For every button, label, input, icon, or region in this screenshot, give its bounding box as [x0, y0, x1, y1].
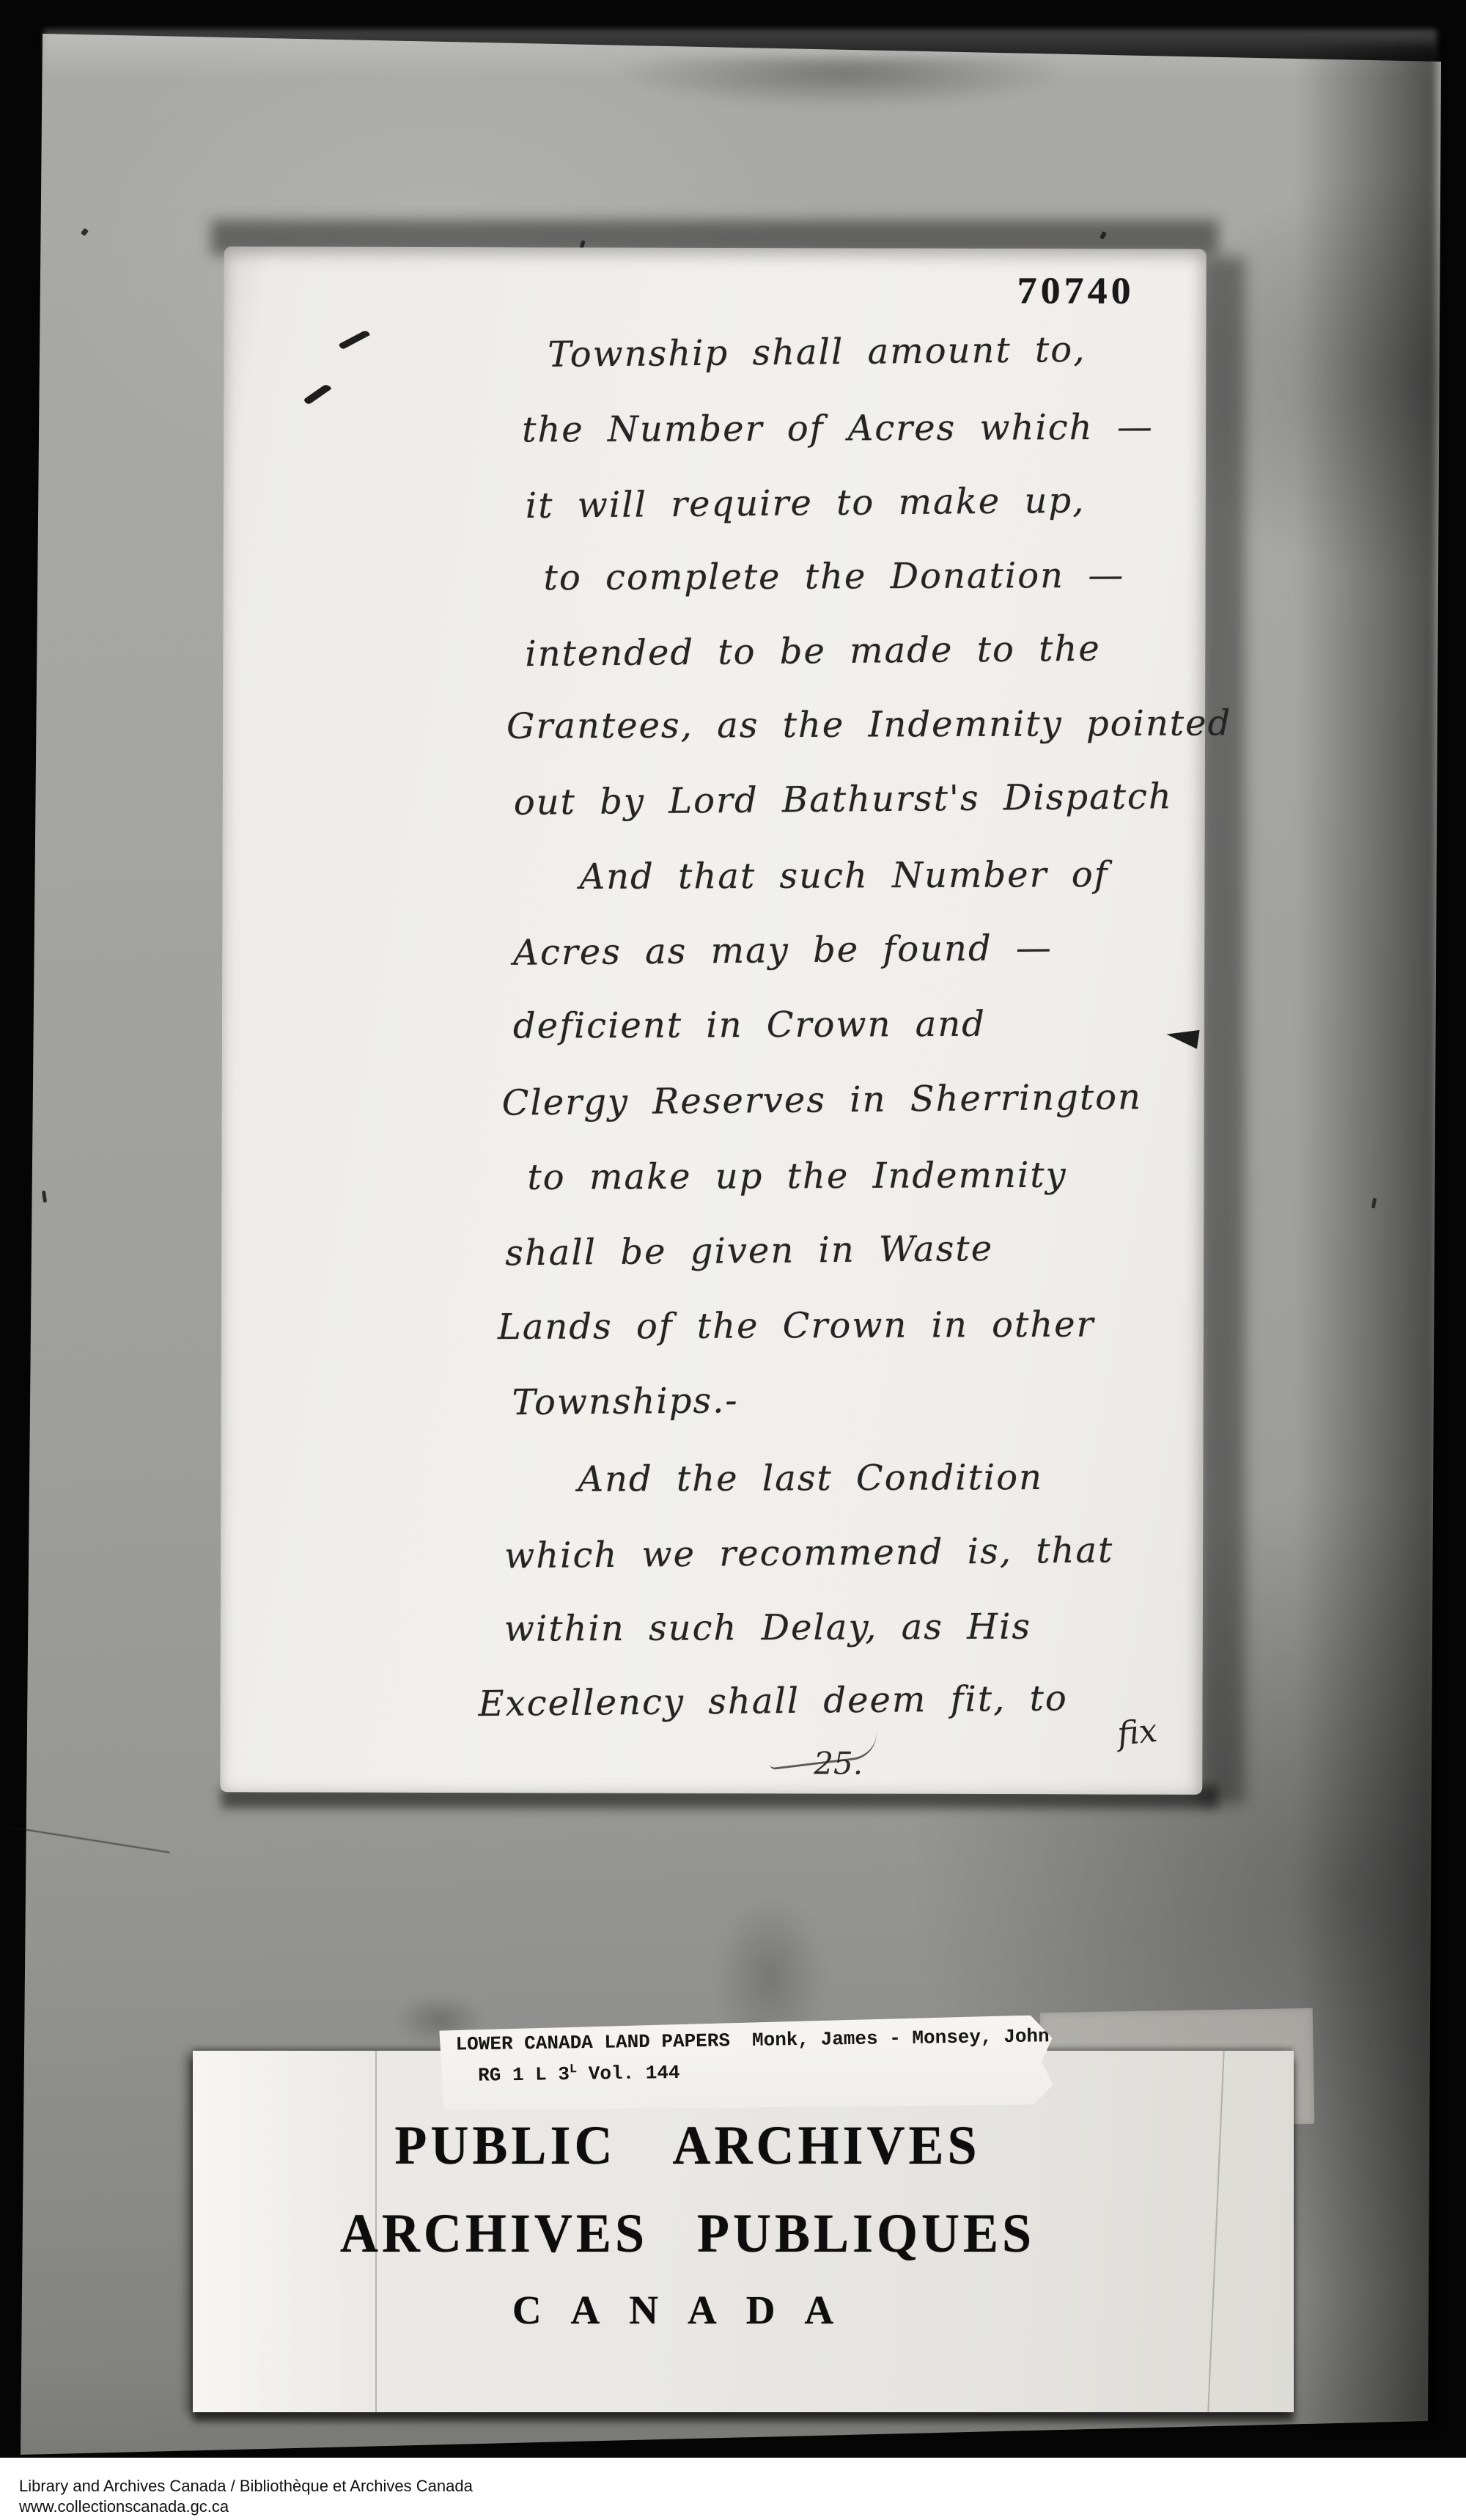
handwriting-line: And that such Number of — [579, 854, 1108, 897]
ink-wedge-mark — [1165, 1026, 1199, 1049]
card-title-country: CANADA — [193, 2287, 1182, 2333]
handwriting-line: to make up the Indemnity — [527, 1155, 1067, 1198]
page-number: 25. — [814, 1745, 863, 1781]
label-reference-suffix: Vol. 144 — [577, 2062, 680, 2085]
footer-institution: Library and Archives Canada / Bibliothèq… — [19, 2477, 473, 2496]
handwriting-line: the Number of Acres which — — [522, 407, 1154, 451]
label-reference-line: RG 1 L 3L Vol. 144 — [478, 2061, 680, 2086]
label-series-title: LOWER CANADA LAND PAPERS — [455, 2029, 730, 2055]
handwriting-line: Township shall amount to, — [548, 329, 1086, 375]
handwriting-line: Townships.- — [512, 1380, 738, 1423]
handwriting-line: it will require to make up, — [526, 480, 1086, 526]
handwriting-line: deficient in Crown and — [513, 1004, 986, 1047]
handwriting-line: shall be given in Waste — [505, 1228, 993, 1274]
card-title-french: ARCHIVES PUBLIQUES — [193, 2202, 1182, 2265]
archival-photo-scan: 70740 Township shall amount to, the Numb… — [0, 0, 1466, 2520]
handwriting-line: intended to be made to the — [525, 628, 1101, 675]
handwriting-line: And the last Condition — [578, 1457, 1043, 1500]
label-reference-prefix: RG 1 L 3 — [478, 2063, 570, 2087]
margin-ink-mark — [339, 329, 370, 350]
handwriting-line: within such Delay, as His — [504, 1606, 1031, 1650]
handwriting-line: Lands of the Crown in other — [498, 1304, 1095, 1348]
card-crease — [1207, 2051, 1225, 2412]
handwriting-line: Clergy Reserves in Sherrington — [501, 1076, 1142, 1123]
handwriting-line: to complete the Donation — — [543, 555, 1124, 598]
label-name-range: Monk, James - Monsey, John — [752, 2025, 1050, 2051]
handwriting-line: Excellency shall deem fit, to — [478, 1678, 1068, 1724]
catalogue-label: LOWER CANADA LAND PAPERSMonk, James - Mo… — [439, 2015, 1053, 2113]
handwriting-line: which we recommend is, that — [504, 1529, 1114, 1576]
catchword: fix — [1116, 1712, 1159, 1753]
label-reference-sup: L — [570, 2062, 577, 2076]
page-shadow — [1199, 257, 1245, 1804]
card-title-english: PUBLIC ARCHIVES — [193, 2114, 1182, 2177]
archive-stamp-number: 70740 — [1017, 268, 1135, 312]
handwriting-line: out by Lord Bathurst's Dispatch — [514, 776, 1174, 823]
margin-ink-mark — [303, 383, 332, 405]
footer-website: www.collectionscanada.gc.ca — [19, 2497, 229, 2516]
handwriting-line: Acres as may be found — — [513, 927, 1053, 974]
label-series-line: LOWER CANADA LAND PAPERSMonk, James - Mo… — [455, 2025, 1049, 2055]
footer-bar: Library and Archives Canada / Bibliothèq… — [0, 2458, 1466, 2520]
manuscript-page: 70740 Township shall amount to, the Numb… — [220, 246, 1207, 1795]
handwriting-line: Grantees, as the Indemnity pointed — [507, 702, 1231, 746]
